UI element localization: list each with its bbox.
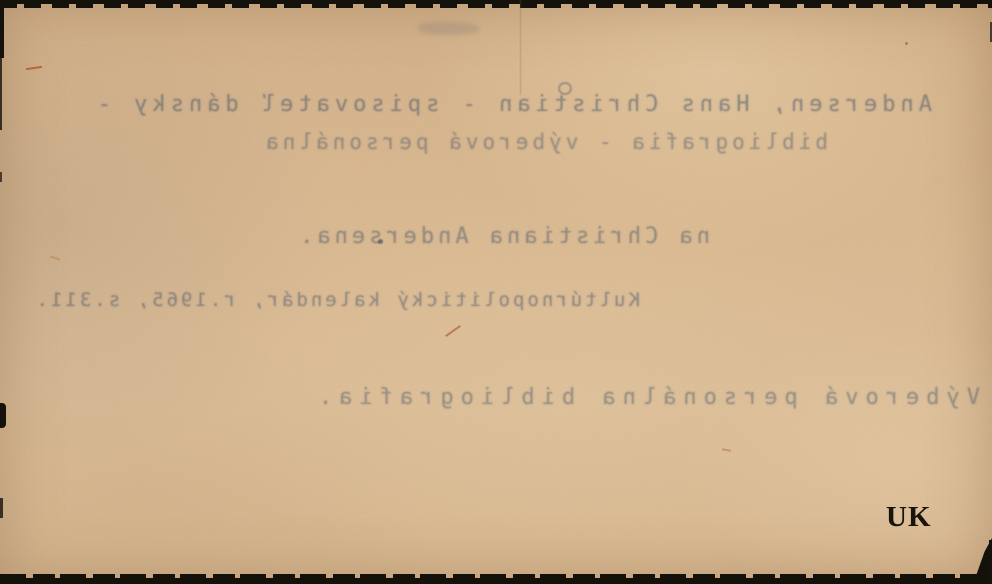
paper-speck xyxy=(378,239,383,244)
paper-crease xyxy=(520,0,521,95)
edge-mark-left xyxy=(0,58,2,130)
paper-smudge xyxy=(418,22,480,35)
edge-mark-left xyxy=(0,0,4,58)
bleedthrough-text-block: Andersen, Hans Christian - spisovateľ dá… xyxy=(0,0,992,584)
bleed-text-line: Výberová personálna bibliografia. xyxy=(312,385,980,410)
paper-speck xyxy=(905,42,908,45)
bleed-text-line: Andersen, Hans Christian - spisovateľ dá… xyxy=(93,92,932,117)
paper-fiber xyxy=(722,448,731,452)
paper-smudge xyxy=(558,82,572,95)
edge-mark-left xyxy=(0,172,2,182)
paper-fiber xyxy=(445,325,461,337)
bleed-text-line: na Christiana Andersena. xyxy=(296,224,710,249)
library-stamp-uk: UK xyxy=(886,501,932,534)
scanned-catalog-card: Andersen, Hans Christian - spisovateľ dá… xyxy=(0,0,992,584)
edge-mark-left xyxy=(0,403,6,428)
torn-edge-bottom xyxy=(0,571,992,584)
paper-fiber xyxy=(50,256,60,261)
paper-grain-texture xyxy=(0,0,992,584)
edge-mark-left xyxy=(0,498,3,518)
torn-edge-top xyxy=(0,0,992,11)
paper-fiber xyxy=(26,66,42,70)
bleed-text-line: bibliografia - výberová personálna xyxy=(262,130,828,154)
bleed-text-line: Kultúrnopolitický kalendár, r.1965, s.31… xyxy=(34,289,640,311)
